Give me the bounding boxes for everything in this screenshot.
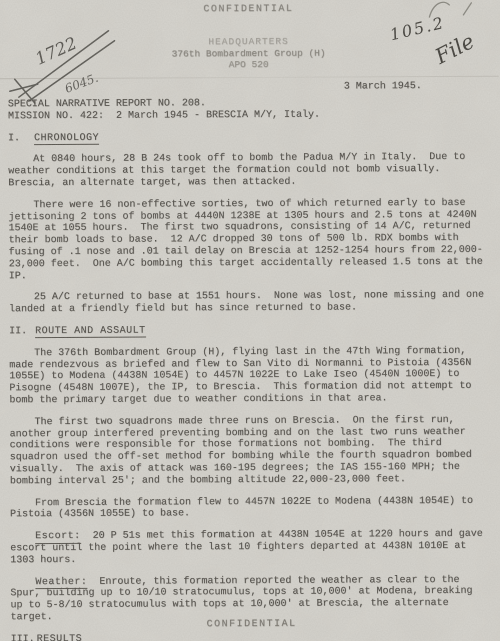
document-date: 3 March 1945. [344,81,422,92]
escort-text: 20 P 51s met this formation at 4438N 105… [10,529,489,566]
paragraph-route-1: The 376th Bombardment Group (H), flying … [9,346,487,407]
scan-tilt-layer: CONFIDENTIAL 1722 6045. 105.2 File HEADQ… [0,0,500,641]
section-heading-results: III.RESULTS [11,631,489,641]
paragraph-route-2: The first two squadrons made three runs … [10,414,488,487]
section-number: III. [11,634,37,641]
paragraph-chronology-2: There were 16 non-effective sorties, two… [8,198,486,283]
paragraph-escort: Escort: 20 P 51s met this formation at 4… [10,529,488,567]
section-title: ROUTE AND ASSAULT [35,326,146,339]
document-body: SPECIAL NARRATIVE REPORT NO. 208. MISSIO… [8,97,489,641]
section-title: RESULTS [37,634,83,641]
section-heading-route-and-assault: II.ROUTE AND ASSAULT [9,324,487,338]
section-number: I. [8,133,34,145]
mission-line: MISSION NO. 422: 2 March 1945 - BRESCIA … [8,109,486,123]
paragraph-weather: Weather: Enroute, this formation reporte… [10,574,488,624]
section-title: CHRONOLOGY [34,132,99,145]
section-number: II. [9,326,35,338]
section-heading-chronology: I.CHRONOLOGY [8,130,486,144]
paragraph-route-3: From Brescia the formation flew to 4457N… [10,495,488,521]
handwritten-scribble-text2: 6045. [63,71,100,96]
paragraph-chronology-1: At 0840 hours, 28 B 24s took off to bomb… [8,152,486,190]
scanned-document-page: CONFIDENTIAL 1722 6045. 105.2 File HEADQ… [0,0,500,641]
escort-label: Escort: [35,531,81,544]
letterhead-apo: APO 520 [0,58,499,72]
paragraph-chronology-3: 25 A/C returned to base at 1551 hours. N… [9,290,487,316]
letterhead: HEADQUARTERS 376th Bombardment Group (H)… [0,35,499,72]
